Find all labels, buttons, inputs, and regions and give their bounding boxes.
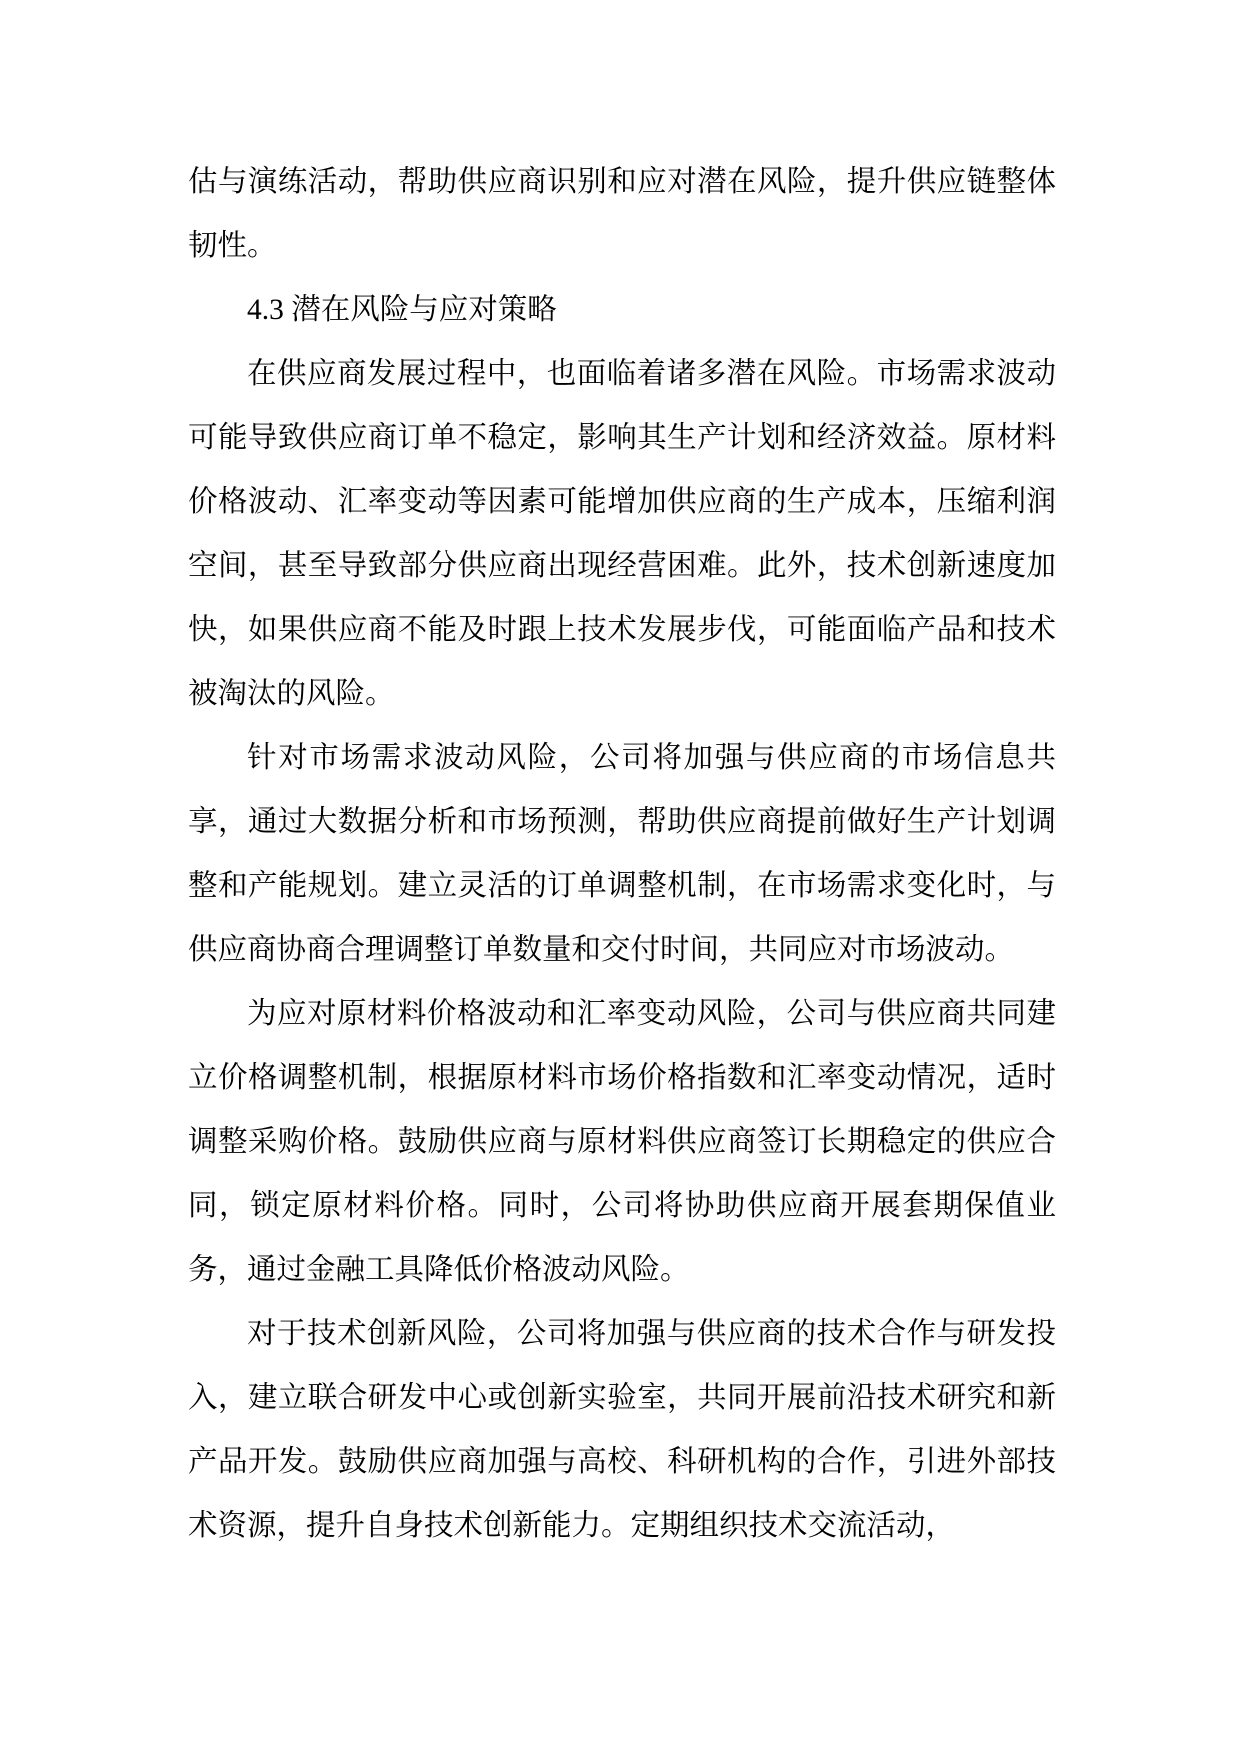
paragraph-tech-innovation-risk-response: 对于技术创新风险，公司将加强与供应商的技术合作与研发投入，建立联合研发中心或创新…: [188, 1302, 1056, 1558]
document-page: 估与演练活动，帮助供应商识别和应对潜在风险，提升供应链整体韧性。 4.3 潜在风…: [0, 0, 1241, 1754]
paragraph-potential-risks-overview: 在供应商发展过程中，也面临着诸多潜在风险。市场需求波动可能导致供应商订单不稳定，…: [188, 342, 1056, 726]
page-content: 估与演练活动，帮助供应商识别和应对潜在风险，提升供应链整体韧性。 4.3 潜在风…: [188, 150, 1056, 1558]
paragraph-material-price-fx-risk-response: 为应对原材料价格波动和汇率变动风险，公司与供应商共同建立价格调整机制，根据原材料…: [188, 982, 1056, 1302]
section-heading-4-3: 4.3 潜在风险与应对策略: [188, 278, 1056, 342]
paragraph-continuation-supply-chain-resilience: 估与演练活动，帮助供应商识别和应对潜在风险，提升供应链整体韧性。: [188, 150, 1056, 278]
paragraph-market-demand-risk-response: 针对市场需求波动风险，公司将加强与供应商的市场信息共享，通过大数据分析和市场预测…: [188, 726, 1056, 982]
